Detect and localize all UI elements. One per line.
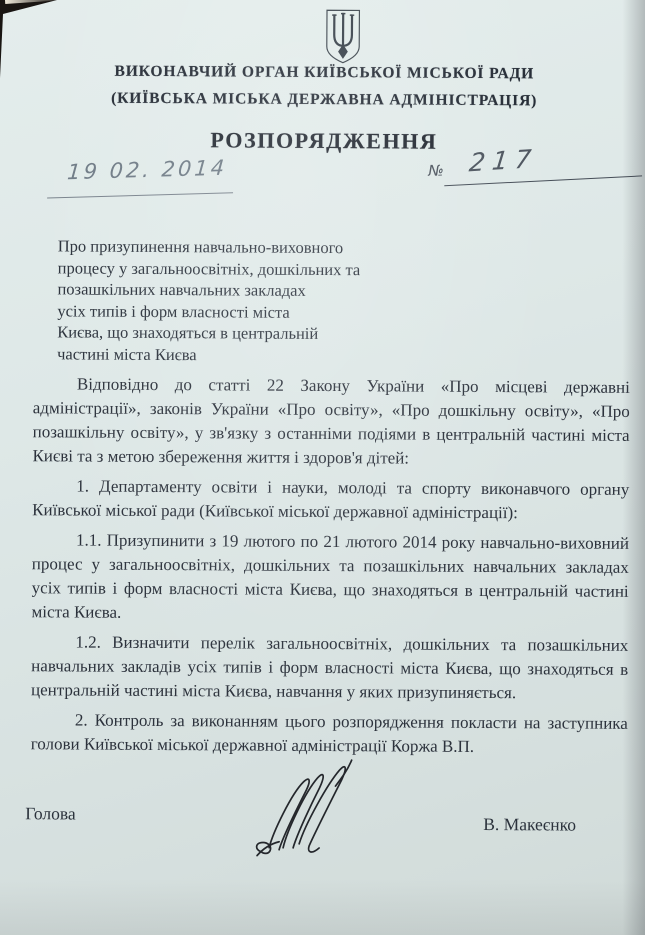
number-underline [444, 175, 642, 186]
paragraph-item-1-2: 1.2. Визначити перелік загальноосвітніх,… [31, 630, 628, 706]
org-name-line1: ВИКОНАВЧИЙ ОРГАН КИЇВСЬКОЇ МІСЬКОЇ РАДИ [2, 62, 645, 84]
subject-line: Києва, що знаходяться в центральній [57, 321, 447, 345]
document-type-title: РОЗПОРЯДЖЕННЯ [1, 126, 645, 156]
document-body: Відповідно до статті 22 Закону України «… [31, 372, 630, 766]
date-underline [47, 192, 233, 198]
subject-line: Про призупинення навчально-виховного [58, 235, 448, 259]
subject-line: частині міста Києва [57, 343, 447, 367]
subject-line: процесу у загальноосвітніх, дошкільних т… [58, 257, 448, 281]
paragraph-item-2: 2. Контроль за виконанням цього розпоряд… [31, 708, 628, 760]
handwritten-date: 19 02. 2014 [66, 156, 228, 185]
paragraph-item-1: 1. Департаменту освіти і науки, молоді т… [32, 474, 629, 526]
ukraine-trident-emblem-icon [320, 8, 366, 64]
signer-post-title: Голова [25, 803, 76, 824]
subject-line: усіх типів і форм власності міста [57, 300, 447, 324]
number-label: № [428, 161, 444, 179]
handwritten-signature-icon [247, 756, 383, 862]
signer-name: В. Макеєнко [483, 814, 576, 836]
scanned-document-page: ВИКОНАВЧИЙ ОРГАН КИЇВСЬКОЇ МІСЬКОЇ РАДИ … [0, 0, 645, 935]
org-name-line2: (КИЇВСЬКА МІСЬКА ДЕРЖАВНА АДМІНІСТРАЦІЯ) [2, 89, 645, 111]
paragraph-item-1-1: 1.1. Призупинити з 19 лютого по 21 лютог… [31, 528, 629, 628]
subject-line: позашкільних навчальних закладах [57, 278, 447, 302]
subject-block: Про призупинення навчально-виховного про… [57, 235, 448, 366]
document-content: ВИКОНАВЧИЙ ОРГАН КИЇВСЬКОЇ МІСЬКОЇ РАДИ … [0, 0, 645, 935]
paragraph-preamble: Відповідно до статті 22 Закону України «… [32, 372, 630, 472]
handwritten-number: 217 [468, 144, 540, 178]
